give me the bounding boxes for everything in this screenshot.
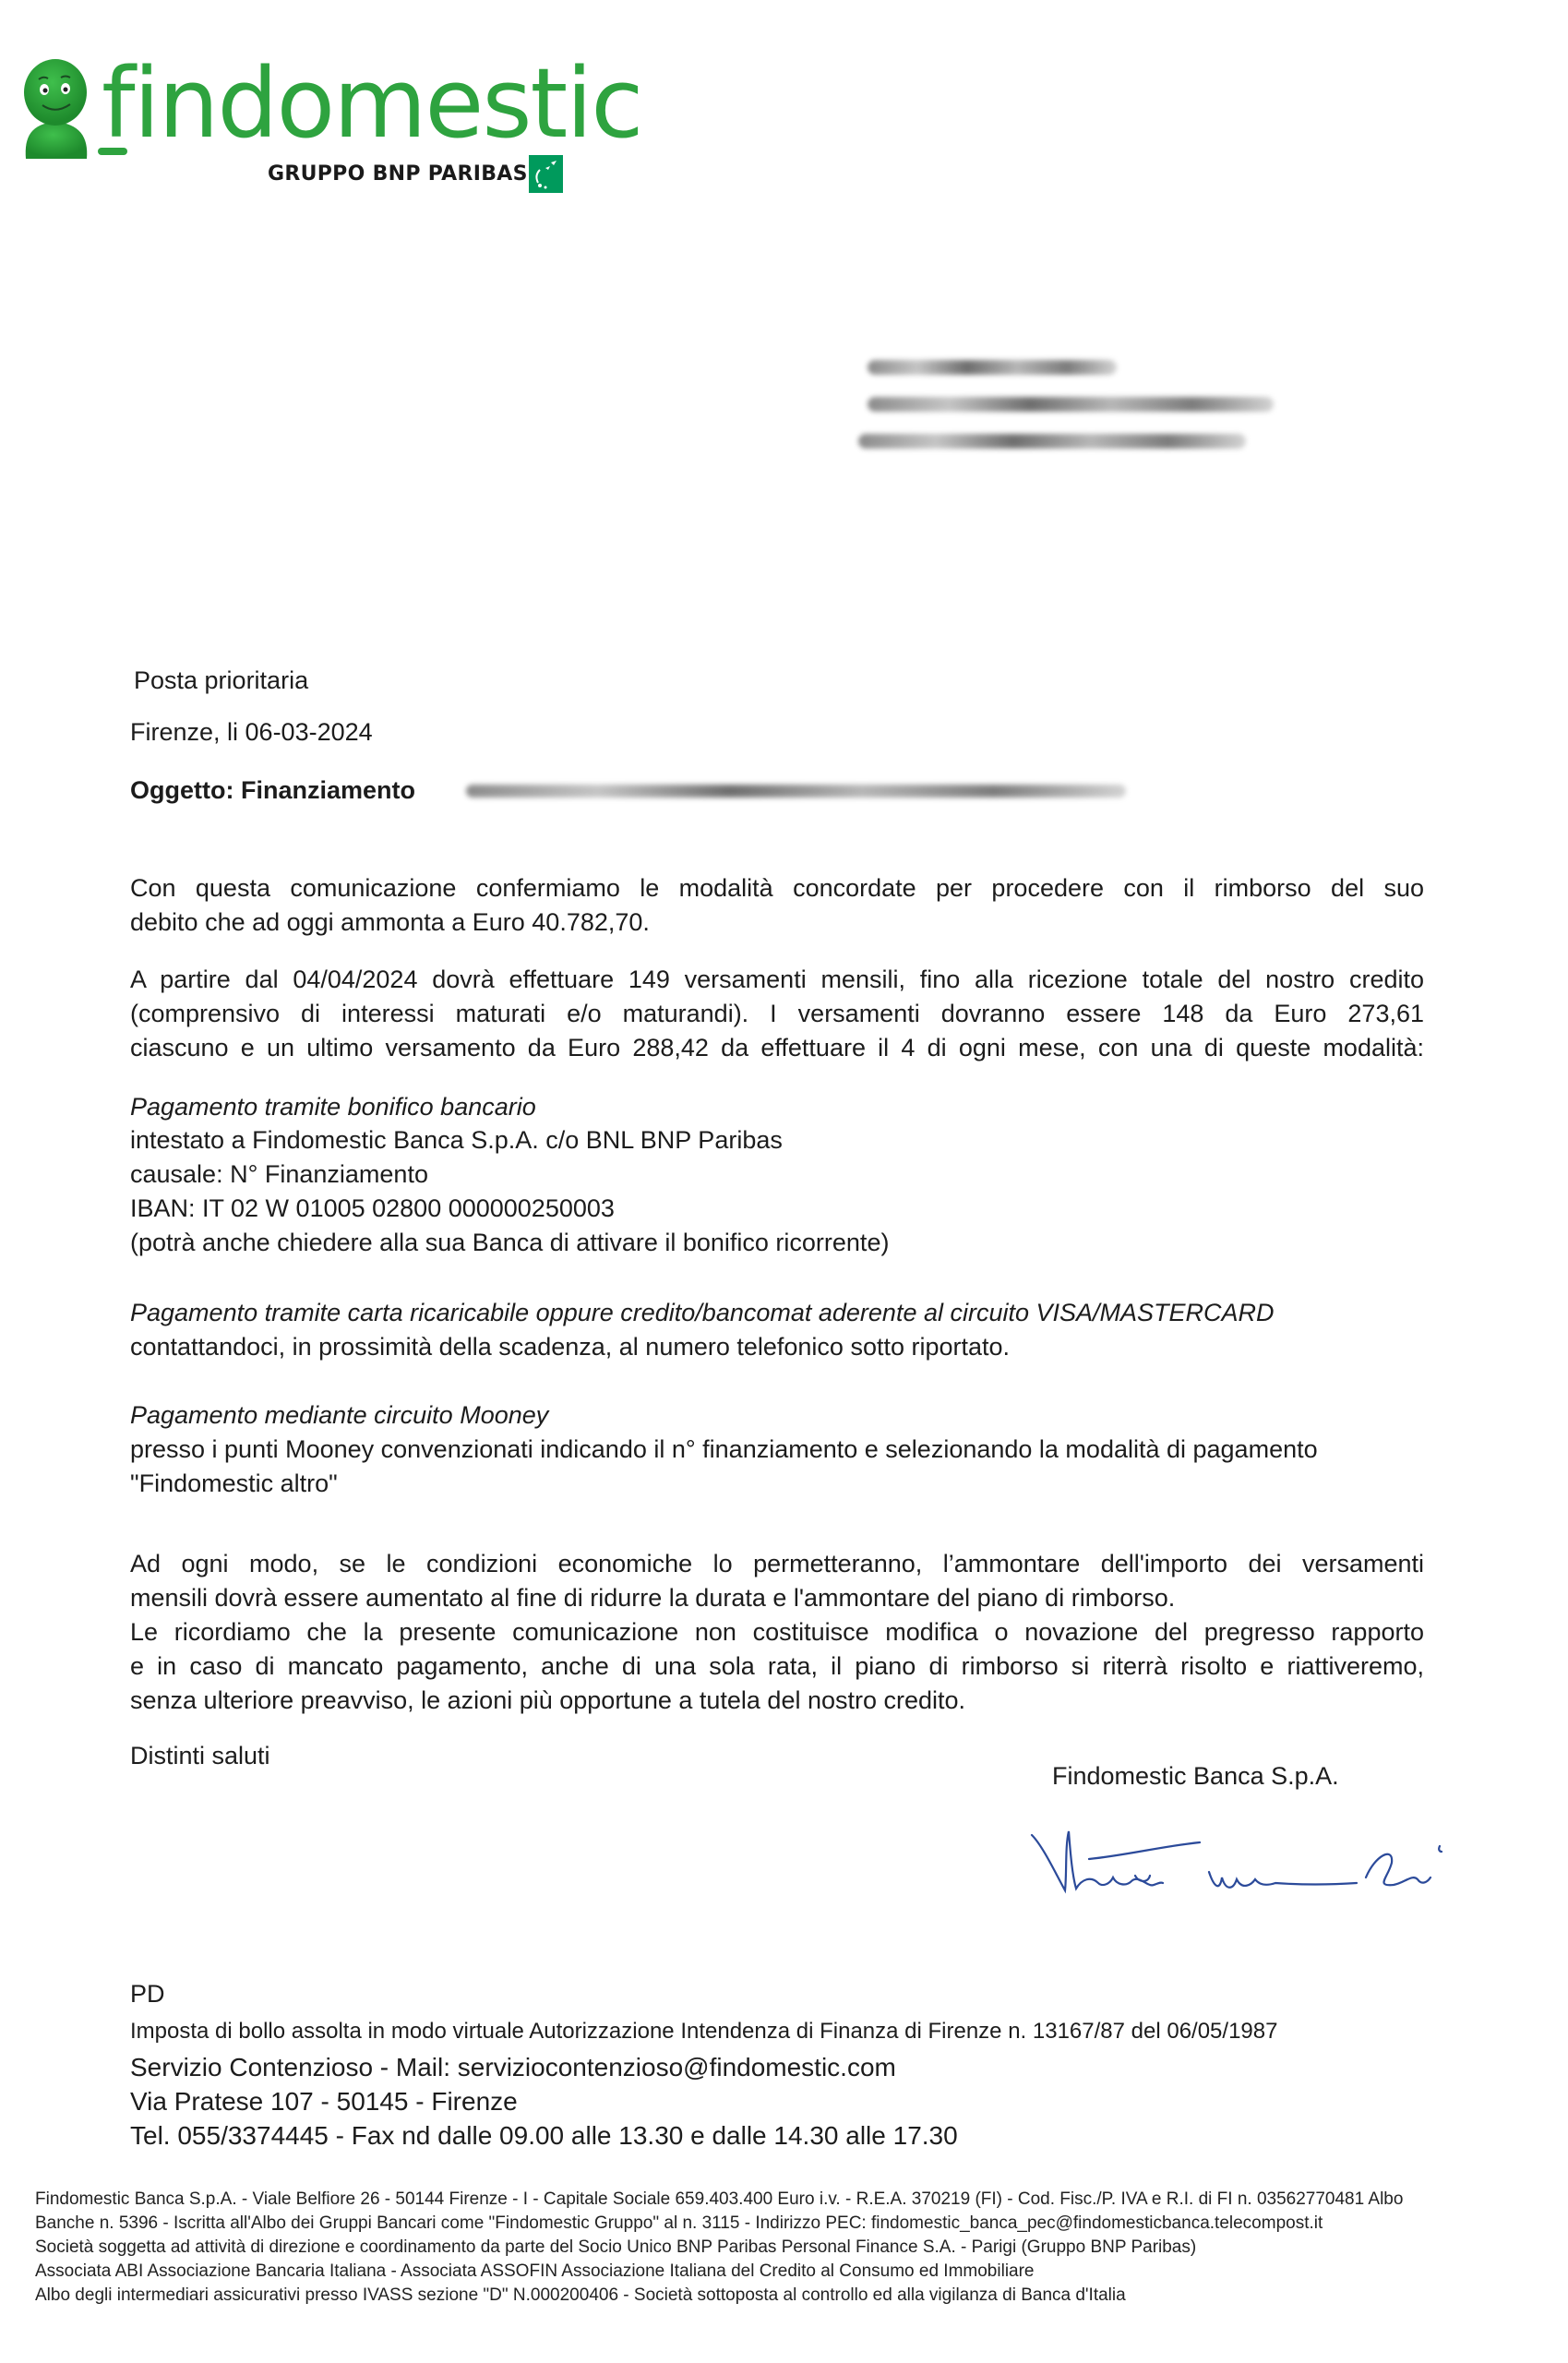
signature-company: Findomestic Banca S.p.A.: [1052, 1759, 1339, 1793]
bonifico-line: intestato a Findomestic Banca S.p.A. c/o…: [130, 1123, 783, 1158]
green-mascot-icon: [15, 55, 96, 159]
paragraph-3-line-4: e in caso di mancato pagamento, anche di…: [130, 1649, 1424, 1684]
bonifico-line: (potrà anche chiedere alla sua Banca di …: [130, 1226, 889, 1260]
legal-footer-line: Findomestic Banca S.p.A. - Viale Belfior…: [35, 2188, 1403, 2212]
paragraph-3-line-2: mensili dovrà essere aumentato al fine d…: [130, 1581, 1175, 1615]
mooney-line: "Findomestic altro": [130, 1467, 338, 1501]
iban-line: IBAN: IT 02 W 01005 02800 000000250003: [130, 1192, 615, 1226]
paragraph-1-line-2: debito che ad oggi ammonta a Euro 40.782…: [130, 906, 650, 940]
place-date: Firenze, li 06-03-2024: [130, 715, 373, 750]
wordmark-underline: [98, 148, 127, 155]
subject-label: Oggetto:: [130, 776, 233, 804]
bnp-paribas-stars-icon: [529, 155, 563, 193]
subject-value: Finanziamento: [241, 776, 415, 804]
subject-line: Oggetto: Finanziamento: [130, 774, 415, 808]
initials: PD: [130, 1977, 165, 2011]
mail-type: Posta prioritaria: [134, 664, 308, 698]
bonifico-title: Pagamento tramite bonifico bancario: [130, 1090, 536, 1124]
legal-footer-line: Associata ABI Associazione Bancaria Ital…: [35, 2260, 1035, 2284]
bonifico-line: causale: N° Finanziamento: [130, 1158, 428, 1192]
redacted-loan-number: [466, 785, 1126, 798]
paragraph-1-line-1: Con questa comunicazione confermiamo le …: [130, 871, 1424, 906]
closing: Distinti saluti: [130, 1739, 270, 1773]
redacted-line: [868, 360, 1117, 375]
paragraph-2-line-2: (comprensivo di interessi maturati e/o m…: [130, 997, 1424, 1031]
group-label: GRUPPO BNP PARIBAS: [268, 162, 528, 186]
redacted-line: [868, 397, 1274, 412]
legal-footer-line: Banche n. 5396 - Iscritta all'Albo dei G…: [35, 2212, 1323, 2236]
paragraph-3-line-1: Ad ogni modo, se le condizioni economich…: [130, 1547, 1424, 1581]
mooney-line: presso i punti Mooney convenzionati indi…: [130, 1433, 1318, 1467]
paragraph-2-line-1: A partire dal 04/04/2024 dovrà effettuar…: [130, 963, 1424, 997]
redacted-line: [858, 434, 1246, 449]
service-contact: Servizio Contenzioso - Mail: serviziocon…: [130, 2050, 896, 2084]
legal-footer-line: Albo degli intermediari assicurativi pre…: [35, 2284, 1126, 2308]
brand-wordmark: findomestic: [102, 48, 641, 159]
handwritten-signature-icon: [1024, 1818, 1449, 1901]
paragraph-2-line-3: ciascuno e un ultimo versamento da Euro …: [130, 1031, 1424, 1065]
paragraph-3-line-5: senza ulteriore preavviso, le azioni più…: [130, 1684, 965, 1718]
carta-title: Pagamento tramite carta ricaricabile opp…: [130, 1296, 1275, 1330]
service-address: Via Pratese 107 - 50145 - Firenze: [130, 2084, 518, 2118]
service-email[interactable]: Servizio Contenzioso - Mail: serviziocon…: [130, 2053, 896, 2081]
mooney-title: Pagamento mediante circuito Mooney: [130, 1398, 548, 1433]
service-phone: Tel. 055/3374445 - Fax nd dalle 09.00 al…: [130, 2118, 958, 2153]
paragraph-3-line-3: Le ricordiamo che la presente comunicazi…: [130, 1615, 1424, 1649]
carta-line: contattandoci, in prossimità della scade…: [130, 1330, 1010, 1364]
stamp-duty-note: Imposta di bollo assolta in modo virtual…: [130, 2014, 1277, 2048]
legal-footer-line: Società soggetta ad attività di direzion…: [35, 2236, 1196, 2260]
